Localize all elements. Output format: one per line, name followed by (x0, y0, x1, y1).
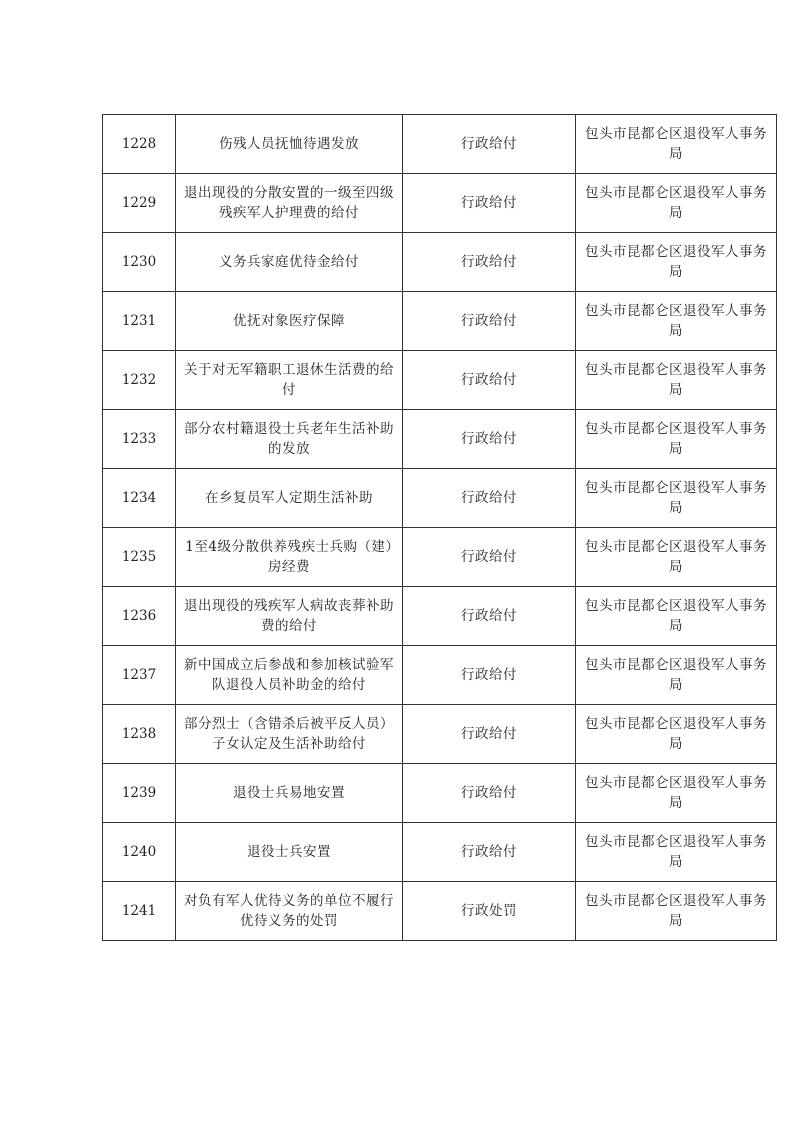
row-number: 1233 (103, 410, 176, 469)
row-number: 1241 (103, 882, 176, 941)
table-row: 1238 部分烈士（含错杀后被平反人员）子女认定及生活补助给付 行政给付 包头市… (103, 705, 777, 764)
table-row: 1229 退出现役的分散安置的一级至四级残疾军人护理费的给付 行政给付 包头市昆… (103, 174, 777, 233)
item-type: 行政给付 (403, 233, 576, 292)
item-name: 退出现役的残疾军人病故丧葬补助费的给付 (176, 587, 403, 646)
table-row: 1234 在乡复员军人定期生活补助 行政给付 包头市昆都仑区退役军人事务局 (103, 469, 777, 528)
item-type: 行政给付 (403, 469, 576, 528)
item-name: 优抚对象医疗保障 (176, 292, 403, 351)
department: 包头市昆都仑区退役军人事务局 (576, 823, 777, 882)
power-list-table: 1228 伤残人员抚恤待遇发放 行政给付 包头市昆都仑区退役军人事务局 1229… (102, 114, 777, 941)
table-row: 1228 伤残人员抚恤待遇发放 行政给付 包头市昆都仑区退役军人事务局 (103, 115, 777, 174)
item-type: 行政给付 (403, 705, 576, 764)
department: 包头市昆都仑区退役军人事务局 (576, 469, 777, 528)
table-row: 1230 义务兵家庭优待金给付 行政给付 包头市昆都仑区退役军人事务局 (103, 233, 777, 292)
department: 包头市昆都仑区退役军人事务局 (576, 115, 777, 174)
row-number: 1231 (103, 292, 176, 351)
item-type: 行政给付 (403, 174, 576, 233)
department: 包头市昆都仑区退役军人事务局 (576, 705, 777, 764)
department: 包头市昆都仑区退役军人事务局 (576, 587, 777, 646)
row-number: 1236 (103, 587, 176, 646)
table-row: 1237 新中国成立后参战和参加核试验军队退役人员补助金的给付 行政给付 包头市… (103, 646, 777, 705)
item-type: 行政给付 (403, 587, 576, 646)
item-name: 对负有军人优待义务的单位不履行优待义务的处罚 (176, 882, 403, 941)
item-name: 部分农村籍退役士兵老年生活补助的发放 (176, 410, 403, 469)
item-name: 在乡复员军人定期生活补助 (176, 469, 403, 528)
row-number: 1232 (103, 351, 176, 410)
department: 包头市昆都仑区退役军人事务局 (576, 528, 777, 587)
department: 包头市昆都仑区退役军人事务局 (576, 646, 777, 705)
department: 包头市昆都仑区退役军人事务局 (576, 882, 777, 941)
table-row: 1239 退役士兵易地安置 行政给付 包头市昆都仑区退役军人事务局 (103, 764, 777, 823)
row-number: 1237 (103, 646, 176, 705)
table-row: 1232 关于对无军籍职工退休生活费的给付 行政给付 包头市昆都仑区退役军人事务… (103, 351, 777, 410)
item-name: 退出现役的分散安置的一级至四级残疾军人护理费的给付 (176, 174, 403, 233)
item-name: 关于对无军籍职工退休生活费的给付 (176, 351, 403, 410)
row-number: 1229 (103, 174, 176, 233)
item-name: 义务兵家庭优待金给付 (176, 233, 403, 292)
document-page: 1228 伤残人员抚恤待遇发放 行政给付 包头市昆都仑区退役军人事务局 1229… (0, 0, 793, 1122)
table-row: 1235 1至4级分散供养残疾士兵购（建）房经费 行政给付 包头市昆都仑区退役军… (103, 528, 777, 587)
department: 包头市昆都仑区退役军人事务局 (576, 351, 777, 410)
item-name: 退役士兵易地安置 (176, 764, 403, 823)
item-type: 行政给付 (403, 823, 576, 882)
department: 包头市昆都仑区退役军人事务局 (576, 764, 777, 823)
table-row: 1231 优抚对象医疗保障 行政给付 包头市昆都仑区退役军人事务局 (103, 292, 777, 351)
item-name: 伤残人员抚恤待遇发放 (176, 115, 403, 174)
item-type: 行政给付 (403, 410, 576, 469)
department: 包头市昆都仑区退役军人事务局 (576, 292, 777, 351)
department: 包头市昆都仑区退役军人事务局 (576, 174, 777, 233)
item-type: 行政给付 (403, 292, 576, 351)
row-number: 1228 (103, 115, 176, 174)
item-name: 新中国成立后参战和参加核试验军队退役人员补助金的给付 (176, 646, 403, 705)
table-row: 1236 退出现役的残疾军人病故丧葬补助费的给付 行政给付 包头市昆都仑区退役军… (103, 587, 777, 646)
item-type: 行政给付 (403, 764, 576, 823)
item-name: 1至4级分散供养残疾士兵购（建）房经费 (176, 528, 403, 587)
row-number: 1238 (103, 705, 176, 764)
row-number: 1240 (103, 823, 176, 882)
item-name: 退役士兵安置 (176, 823, 403, 882)
item-type: 行政给付 (403, 528, 576, 587)
item-type: 行政给付 (403, 115, 576, 174)
row-number: 1235 (103, 528, 176, 587)
row-number: 1234 (103, 469, 176, 528)
table-row: 1240 退役士兵安置 行政给付 包头市昆都仑区退役军人事务局 (103, 823, 777, 882)
item-type: 行政给付 (403, 351, 576, 410)
table-row: 1241 对负有军人优待义务的单位不履行优待义务的处罚 行政处罚 包头市昆都仑区… (103, 882, 777, 941)
item-type: 行政给付 (403, 646, 576, 705)
item-name: 部分烈士（含错杀后被平反人员）子女认定及生活补助给付 (176, 705, 403, 764)
row-number: 1239 (103, 764, 176, 823)
table-row: 1233 部分农村籍退役士兵老年生活补助的发放 行政给付 包头市昆都仑区退役军人… (103, 410, 777, 469)
department: 包头市昆都仑区退役军人事务局 (576, 410, 777, 469)
row-number: 1230 (103, 233, 176, 292)
department: 包头市昆都仑区退役军人事务局 (576, 233, 777, 292)
item-type: 行政处罚 (403, 882, 576, 941)
